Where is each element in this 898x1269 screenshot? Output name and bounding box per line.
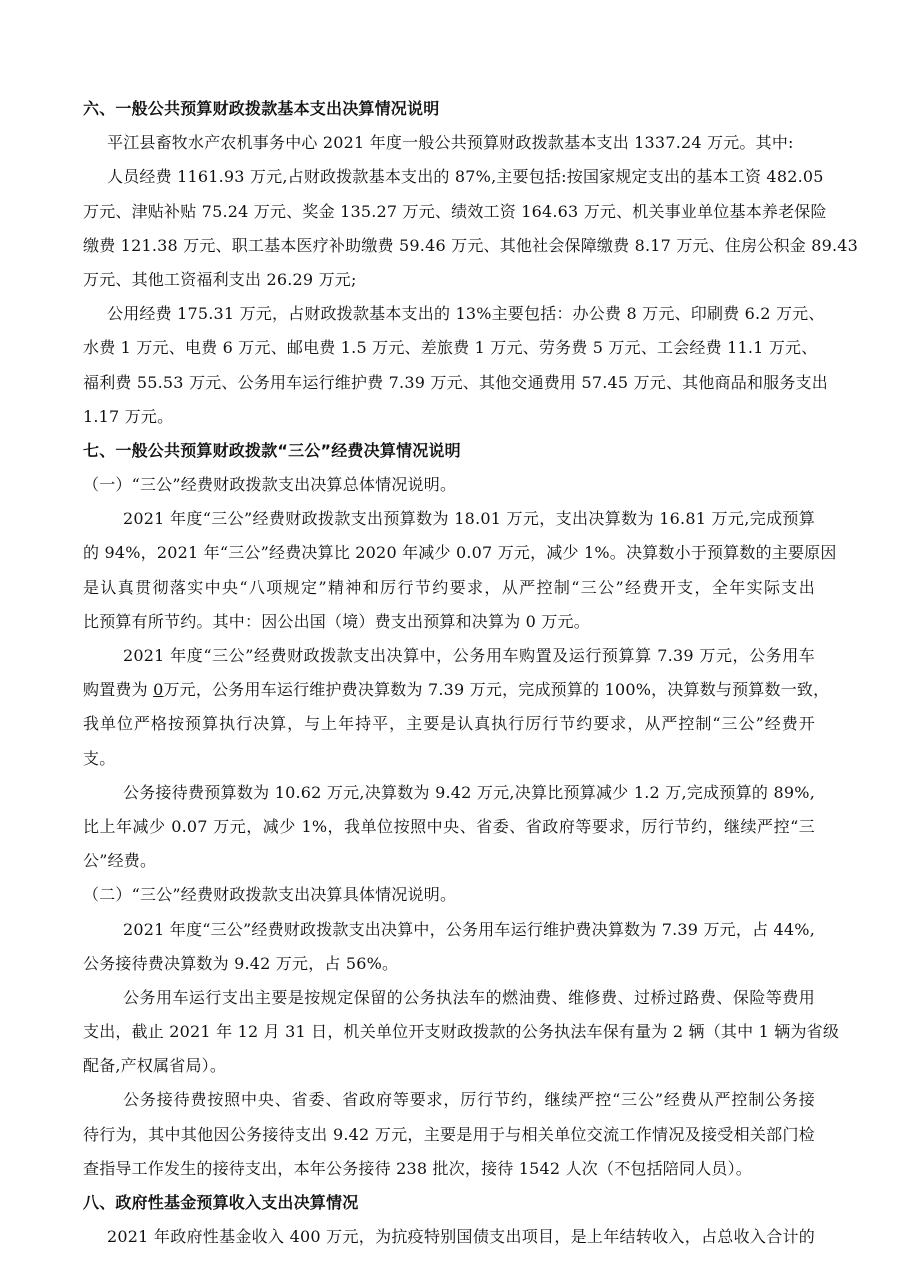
section-heading-7: 七、一般公共预算财政拨款“三公”经费决算情况说明 xyxy=(83,434,815,468)
paragraph-line: 支。 xyxy=(83,742,815,776)
section-heading-8: 八、政府性基金预算收入支出决算情况 xyxy=(83,1186,815,1220)
text-segment: 购置费为 xyxy=(83,680,153,699)
underlined-value: 0 xyxy=(153,680,163,699)
section-heading-6: 六、一般公共预算财政拨款基本支出决算情况说明 xyxy=(83,92,815,126)
paragraph-line: 比预算有所节约。其中：因公出国（境）费支出预算和决算为 0 万元。 xyxy=(83,605,815,639)
paragraph-line: 查指导工作发生的接待支出，本年公务接待 238 批次，接待 1542 人次（不包… xyxy=(83,1152,815,1186)
paragraph-line: 支出，截止 2021 年 12 月 31 日，机关单位开支财政拨款的公务执法车保… xyxy=(83,1015,815,1049)
paragraph-line: 水费 1 万元、电费 6 万元、邮电费 1.5 万元、差旅费 1 万元、劳务费 … xyxy=(83,331,815,365)
paragraph-line: 购置费为 0万元，公务用车运行维护费决算数为 7.39 万元，完成预算的 100… xyxy=(83,673,815,707)
paragraph-line: 公”经费。 xyxy=(83,844,815,878)
paragraph-line: 的 94%，2021 年“三公”经费决算比 2020 年减少 0.07 万元，减… xyxy=(83,536,815,570)
paragraph-line: 2021 年度“三公”经费财政拨款支出决算中，公务用车购置及运行预算算 7.39… xyxy=(83,639,815,673)
paragraph-line: 配备,产权属省局）。 xyxy=(83,1049,815,1083)
paragraph-line: 人员经费 1161.93 万元,占财政拨款基本支出的 87%,主要包括:按国家规… xyxy=(83,160,815,194)
paragraph-line: 2021 年度“三公”经费财政拨款支出预算数为 18.01 万元，支出决算数为 … xyxy=(83,502,815,536)
paragraph-line: 公用经费 175.31 万元，占财政拨款基本支出的 13%主要包括：办公费 8 … xyxy=(83,297,815,331)
paragraph-line: 公务接待费按照中央、省委、省政府等要求，厉行节约，继续严控“三公”经费从严控制公… xyxy=(83,1083,815,1117)
paragraph-line: 我单位严格按预算执行决算，与上年持平，主要是认真执行厉行节约要求，从严控制“三公… xyxy=(83,707,815,741)
paragraph-line: 比上年减少 0.07 万元，减少 1%，我单位按照中央、省委、省政府等要求，厉行… xyxy=(83,810,815,844)
paragraph-line: 1.17 万元。 xyxy=(83,400,815,434)
paragraph-line: 2021 年政府性基金收入 400 万元，为抗疫特别国债支出项目，是上年结转收入… xyxy=(83,1220,815,1254)
paragraph-line: 公务用车运行支出主要是按规定保留的公务执法车的燃油费、维修费、过桥过路费、保险等… xyxy=(83,981,815,1015)
paragraph-line: 福利费 55.53 万元、公务用车运行维护费 7.39 万元、其他交通费用 57… xyxy=(83,366,815,400)
paragraph-line: 平江县畜牧水产农机事务中心 2021 年度一般公共预算财政拨款基本支出 1337… xyxy=(83,126,815,160)
paragraph-line: 公务接待费决算数为 9.42 万元，占 56%。 xyxy=(83,947,815,981)
subsection-heading-2: （二）“三公”经费财政拨款支出决算具体情况说明。 xyxy=(83,878,815,912)
subsection-heading-1: （一）“三公”经费财政拨款支出决算总体情况说明。 xyxy=(83,468,815,502)
paragraph-line: 待行为，其中其他因公务接待支出 9.42 万元，主要是用于与相关单位交流工作情况… xyxy=(83,1118,815,1152)
paragraph-line: 公务接待费预算数为 10.62 万元,决算数为 9.42 万元,决算比预算减少 … xyxy=(83,776,815,810)
paragraph-line: 2021 年度“三公”经费财政拨款支出决算中，公务用车运行维护费决算数为 7.3… xyxy=(83,913,815,947)
document-page: 六、一般公共预算财政拨款基本支出决算情况说明 平江县畜牧水产农机事务中心 202… xyxy=(83,92,815,1254)
text-segment: 万元，公务用车运行维护费决算数为 7.39 万元，完成预算的 100%，决算数与… xyxy=(163,680,829,699)
paragraph-line: 万元、津贴补贴 75.24 万元、奖金 135.27 万元、绩效工资 164.6… xyxy=(83,195,815,229)
paragraph-line: 缴费 121.38 万元、职工基本医疗补助缴费 59.46 万元、其他社会保障缴… xyxy=(83,229,815,263)
paragraph-line: 是认真贯彻落实中央“八项规定”精神和厉行节约要求，从严控制“三公”经费开支，全年… xyxy=(83,571,815,605)
paragraph-line: 万元、其他工资福利支出 26.29 万元; xyxy=(83,263,815,297)
